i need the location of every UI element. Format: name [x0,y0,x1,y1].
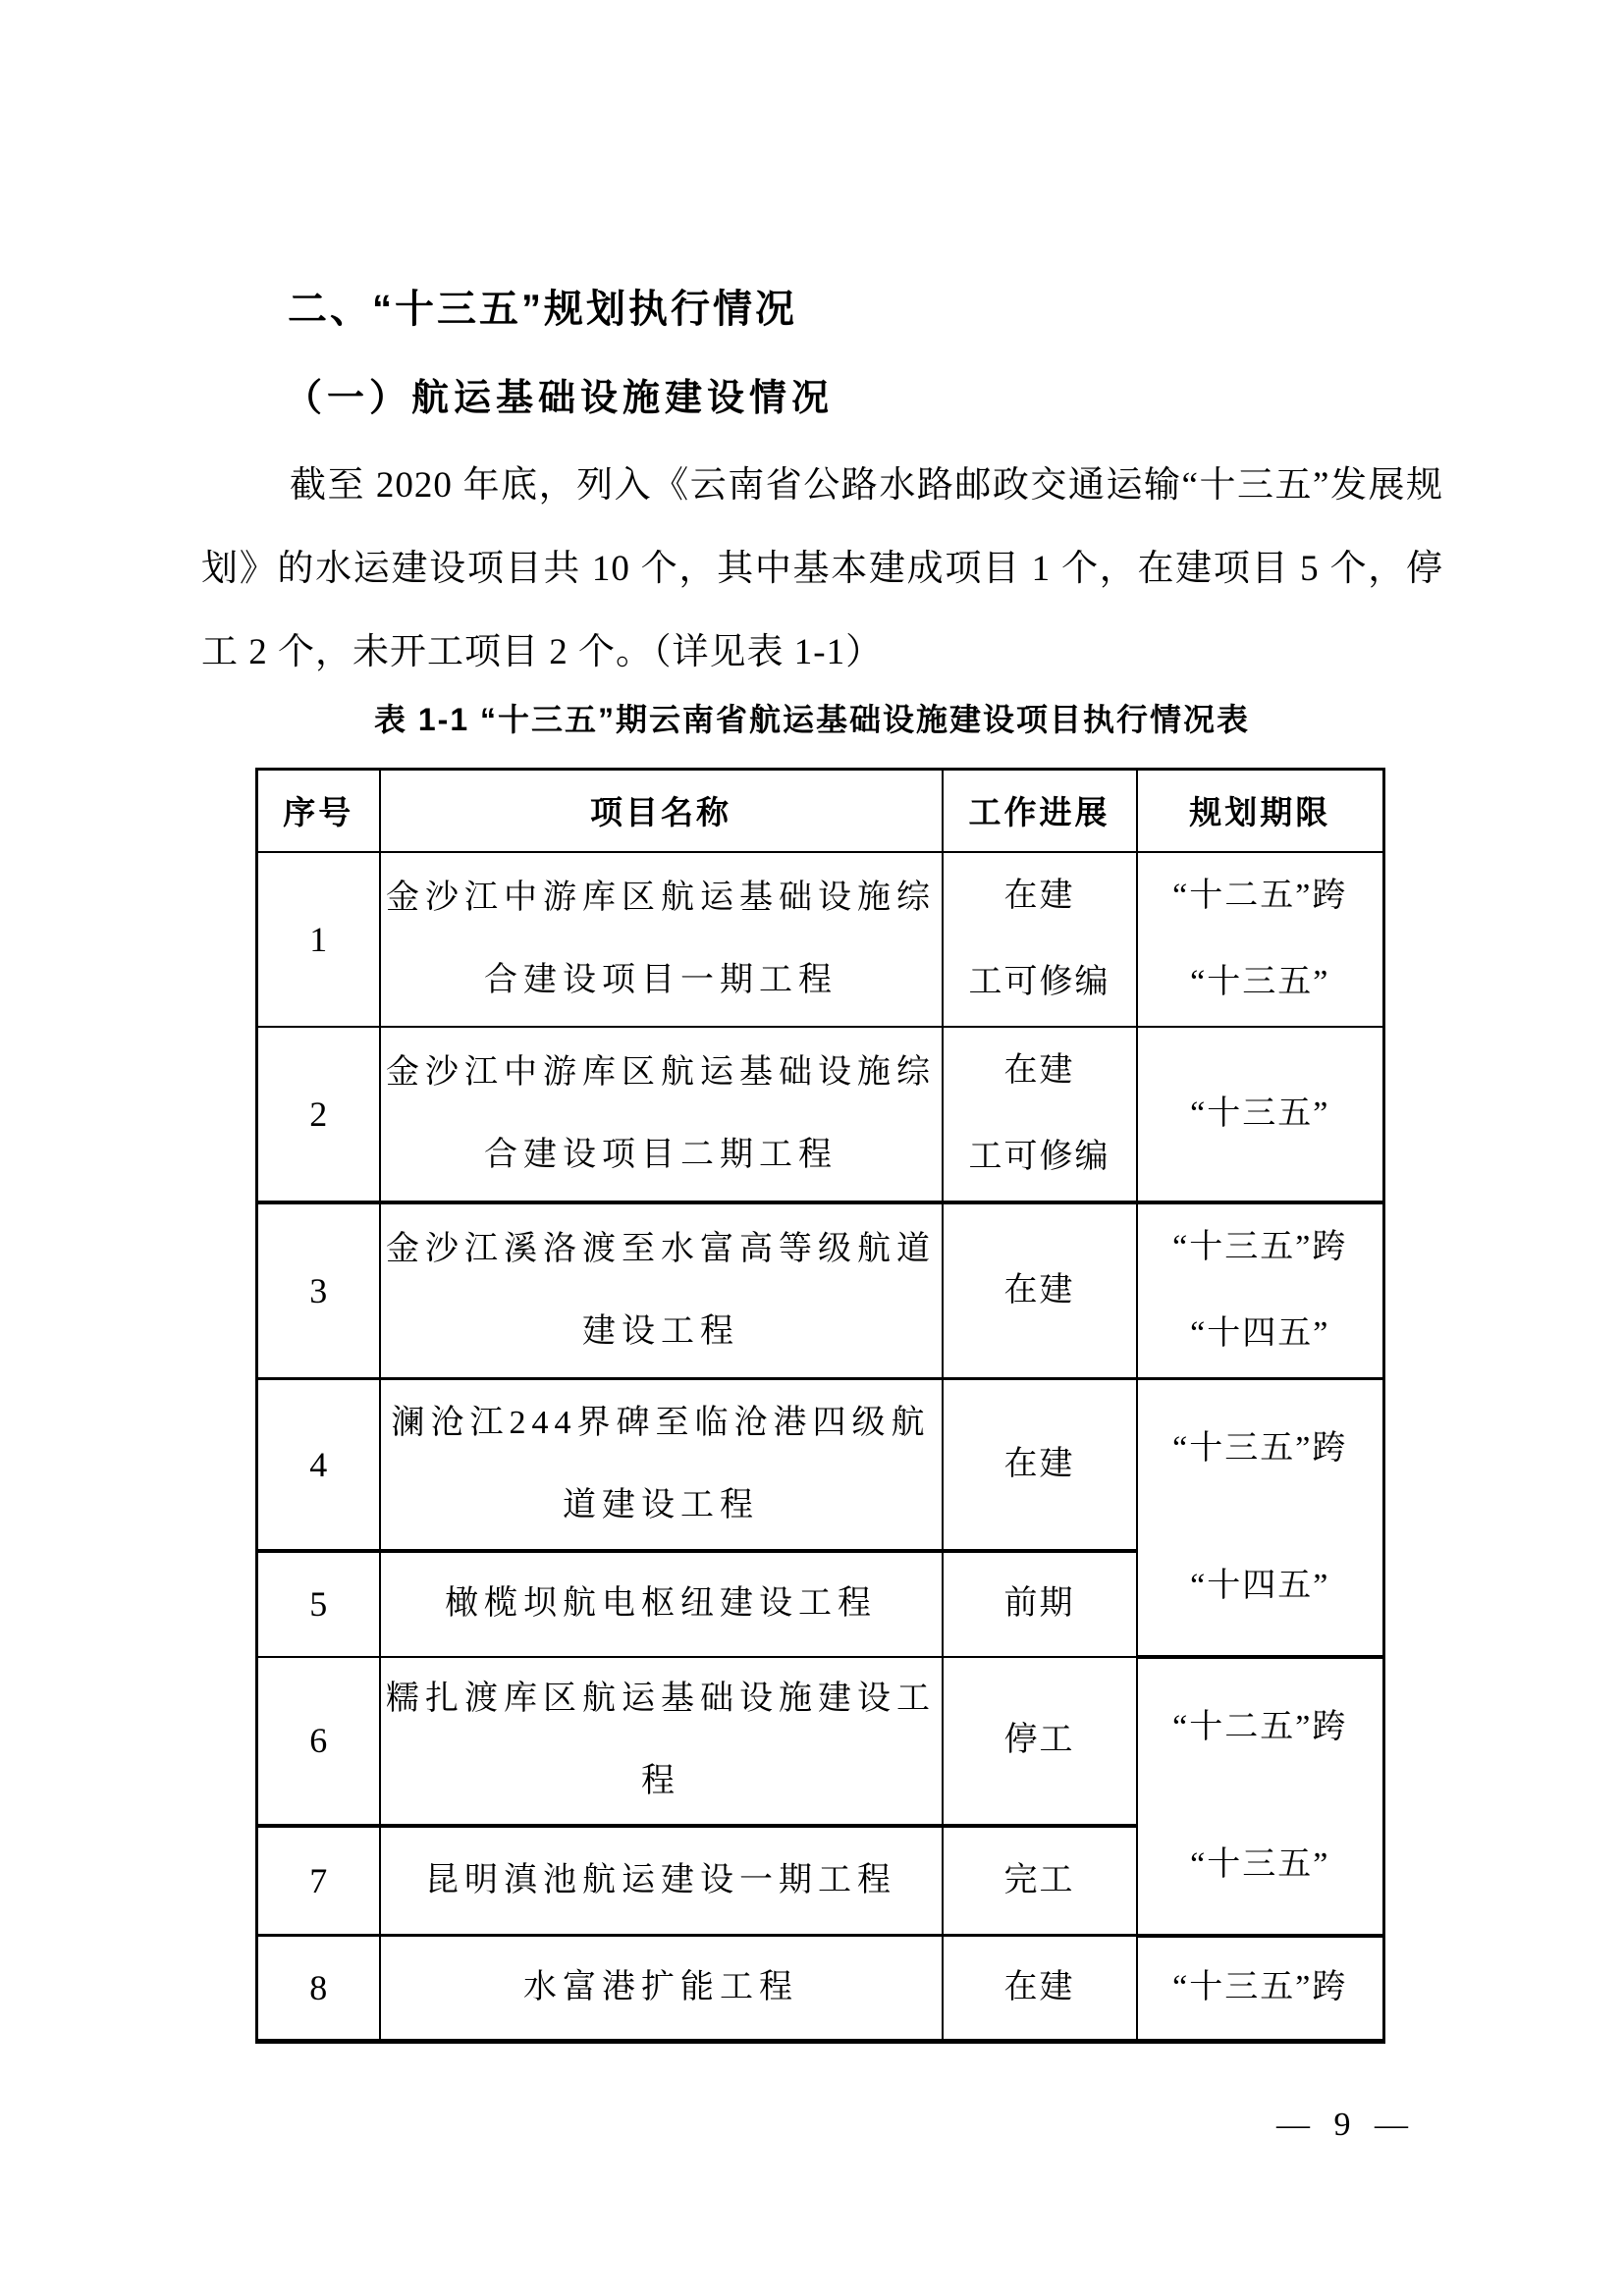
body-paragraph: 截至 2020 年底，列入《云南省公路水路邮政交通运输“十三五”发展规划》的水运… [201,444,1443,694]
table-caption: 表 1-1 “十三五”期云南省航运基础设施建设项目执行情况表 [0,695,1624,740]
table-row: 1 金沙江中游库区航运基础设施综合建设项目一期工程 在建 工可修编 “十二五”跨… [257,852,1384,1027]
project-name-cell: 糯扎渡库区航运基础设施建设工程 [380,1657,943,1827]
period-cell: “十三五”跨 [1137,1936,1384,2042]
seq-cell: 4 [257,1378,380,1551]
seq-cell: 8 [257,1936,380,2042]
document-page: 二、“十三五”规划执行情况 （一）航运基础设施建设情况 截至 2020 年底，列… [0,0,1624,2296]
header-seq: 序号 [257,770,380,852]
table-row: 2 金沙江中游库区航运基础设施综合建设项目二期工程 在建 工可修编 “十三五” [257,1027,1384,1202]
progress-cell: 在建 [943,1936,1137,2042]
table-row: 3 金沙江溪洛渡至水富高等级航道建设工程 在建 “十三五”跨 “十四五” [257,1202,1384,1379]
project-name-cell: 金沙江中游库区航运基础设施综合建设项目一期工程 [380,852,943,1027]
project-name-cell: 金沙江中游库区航运基础设施综合建设项目二期工程 [380,1027,943,1202]
project-name-cell: 橄榄坝航电枢纽建设工程 [380,1551,943,1656]
project-name-cell: 澜沧江244界碑至临沧港四级航道建设工程 [380,1378,943,1551]
project-name-cell: 昆明滇池航运建设一期工程 [380,1826,943,1935]
period-cell-merged: “十二五”跨 “十三五” [1137,1657,1384,1936]
progress-cell: 完工 [943,1826,1137,1935]
project-name-cell: 水富港扩能工程 [380,1936,943,2042]
header-period: 规划期限 [1137,770,1384,852]
subsection-heading: （一）航运基础设施建设情况 [285,367,834,421]
progress-cell: 在建 [943,1202,1137,1379]
period-cell: “十三五”跨 “十四五” [1137,1202,1384,1379]
progress-cell: 在建 工可修编 [943,1027,1137,1202]
seq-cell: 7 [257,1826,380,1935]
table-row: 8 水富港扩能工程 在建 “十三五”跨 [257,1936,1384,2042]
section-heading: 二、“十三五”规划执行情况 [288,278,797,334]
period-cell: “十三五” [1137,1027,1384,1202]
progress-cell: 在建 工可修编 [943,852,1137,1027]
table-header-row: 序号 项目名称 工作进展 规划期限 [257,770,1384,852]
projects-table: 序号 项目名称 工作进展 规划期限 1 金沙江中游库区航运基础设施综合建设项目一… [255,768,1385,2044]
period-cell: “十二五”跨 “十三五” [1137,852,1384,1027]
table-row: 4 澜沧江244界碑至临沧港四级航道建设工程 在建 “十三五”跨 “十四五” [257,1378,1384,1551]
seq-cell: 2 [257,1027,380,1202]
page-number: — 9 — [1276,2107,1416,2144]
header-progress: 工作进展 [943,770,1137,852]
seq-cell: 5 [257,1551,380,1656]
period-cell-merged: “十三五”跨 “十四五” [1137,1378,1384,1657]
table-row: 6 糯扎渡库区航运基础设施建设工程 停工 “十二五”跨 “十三五” [257,1657,1384,1827]
seq-cell: 1 [257,852,380,1027]
progress-cell: 在建 [943,1378,1137,1551]
progress-cell: 前期 [943,1551,1137,1656]
progress-cell: 停工 [943,1657,1137,1827]
seq-cell: 3 [257,1202,380,1379]
project-name-cell: 金沙江溪洛渡至水富高等级航道建设工程 [380,1202,943,1379]
header-project-name: 项目名称 [380,770,943,852]
seq-cell: 6 [257,1657,380,1827]
